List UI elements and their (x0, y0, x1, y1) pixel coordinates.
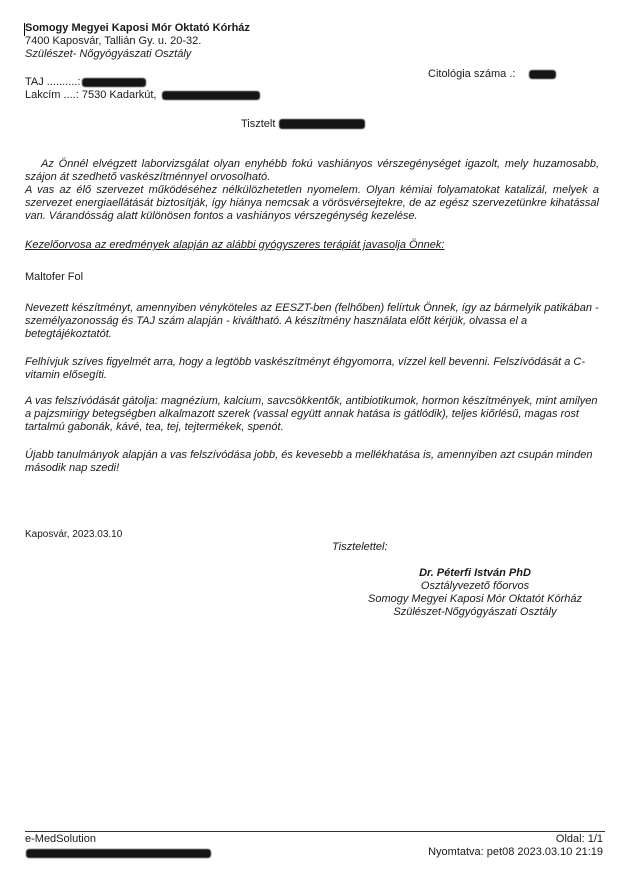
place-date: Kaposvár, 2023.03.10 (25, 528, 122, 541)
taj-number: TAJ ..........: (25, 76, 146, 89)
study-paragraph: Újabb tanulmányok alapján a vas felszívó… (25, 449, 599, 475)
iron-role-paragraph: A vas az élő szervezet működéséhez nélkü… (25, 184, 599, 223)
footer-page-number: Oldal: 1/1 (556, 833, 603, 846)
intro-paragraph: Az Önnél elvégzett laborvizsgálat olyan … (25, 158, 599, 184)
intro-text: Az Önnél elvégzett laborvizsgálat olyan … (25, 158, 599, 183)
cytology-label: Citológia száma .: (428, 68, 515, 80)
cytology-number: Citológia száma .: (428, 68, 556, 81)
footer-vendor: e-MedSolution (25, 833, 96, 846)
address-value-redacted (162, 91, 260, 100)
signer-hospital: Somogy Megyei Kaposi Mór Oktatót Kórház (330, 593, 620, 606)
hospital-name: Somogy Megyei Kaposi Mór Oktató Kórház (25, 22, 250, 35)
vitamin-paragraph: Felhívjuk szíves figyelmét arra, hogy a … (25, 356, 599, 382)
drug-name: Maltofer Fol (25, 271, 83, 284)
address-label: Lakcím ....: 7530 Kadarkút, (25, 89, 156, 101)
inhibitors-paragraph: A vas felszívódását gátolja: magnézium, … (25, 395, 599, 434)
signer-name: Dr. Péterfi István PhD (330, 567, 620, 580)
recommendation-heading: Kezelőorvosa az eredmények alapján az al… (25, 239, 599, 252)
greeting-label: Tisztelt (241, 118, 275, 130)
signer-title: Osztályvezető főorvos (330, 580, 620, 593)
hospital-department: Szülészet- Nőgyógyászati Osztály (25, 48, 191, 61)
regards: Tisztelettel: (332, 541, 388, 554)
hospital-address: 7400 Kaposvár, Tallián Gy. u. 20-32. (25, 35, 201, 48)
taj-label: TAJ ..........: (25, 76, 80, 88)
footer-printed-info: Nyomtatva: pet08 2023.03.10 21:19 (428, 846, 603, 859)
patient-address: Lakcím ....: 7530 Kadarkút, (25, 89, 260, 102)
eeszt-paragraph: Nevezett készítményt, amennyiben vényköt… (25, 302, 599, 341)
record-id-redacted (26, 849, 211, 858)
footer-record-id (26, 847, 211, 860)
greeting: Tisztelt (241, 118, 365, 131)
signer-department: Szülészet-Nőgyógyászati Osztály (330, 606, 620, 619)
taj-value-redacted (82, 78, 146, 87)
patient-name-redacted (279, 119, 365, 129)
footer-divider (25, 831, 605, 832)
cytology-value-redacted (529, 70, 556, 79)
